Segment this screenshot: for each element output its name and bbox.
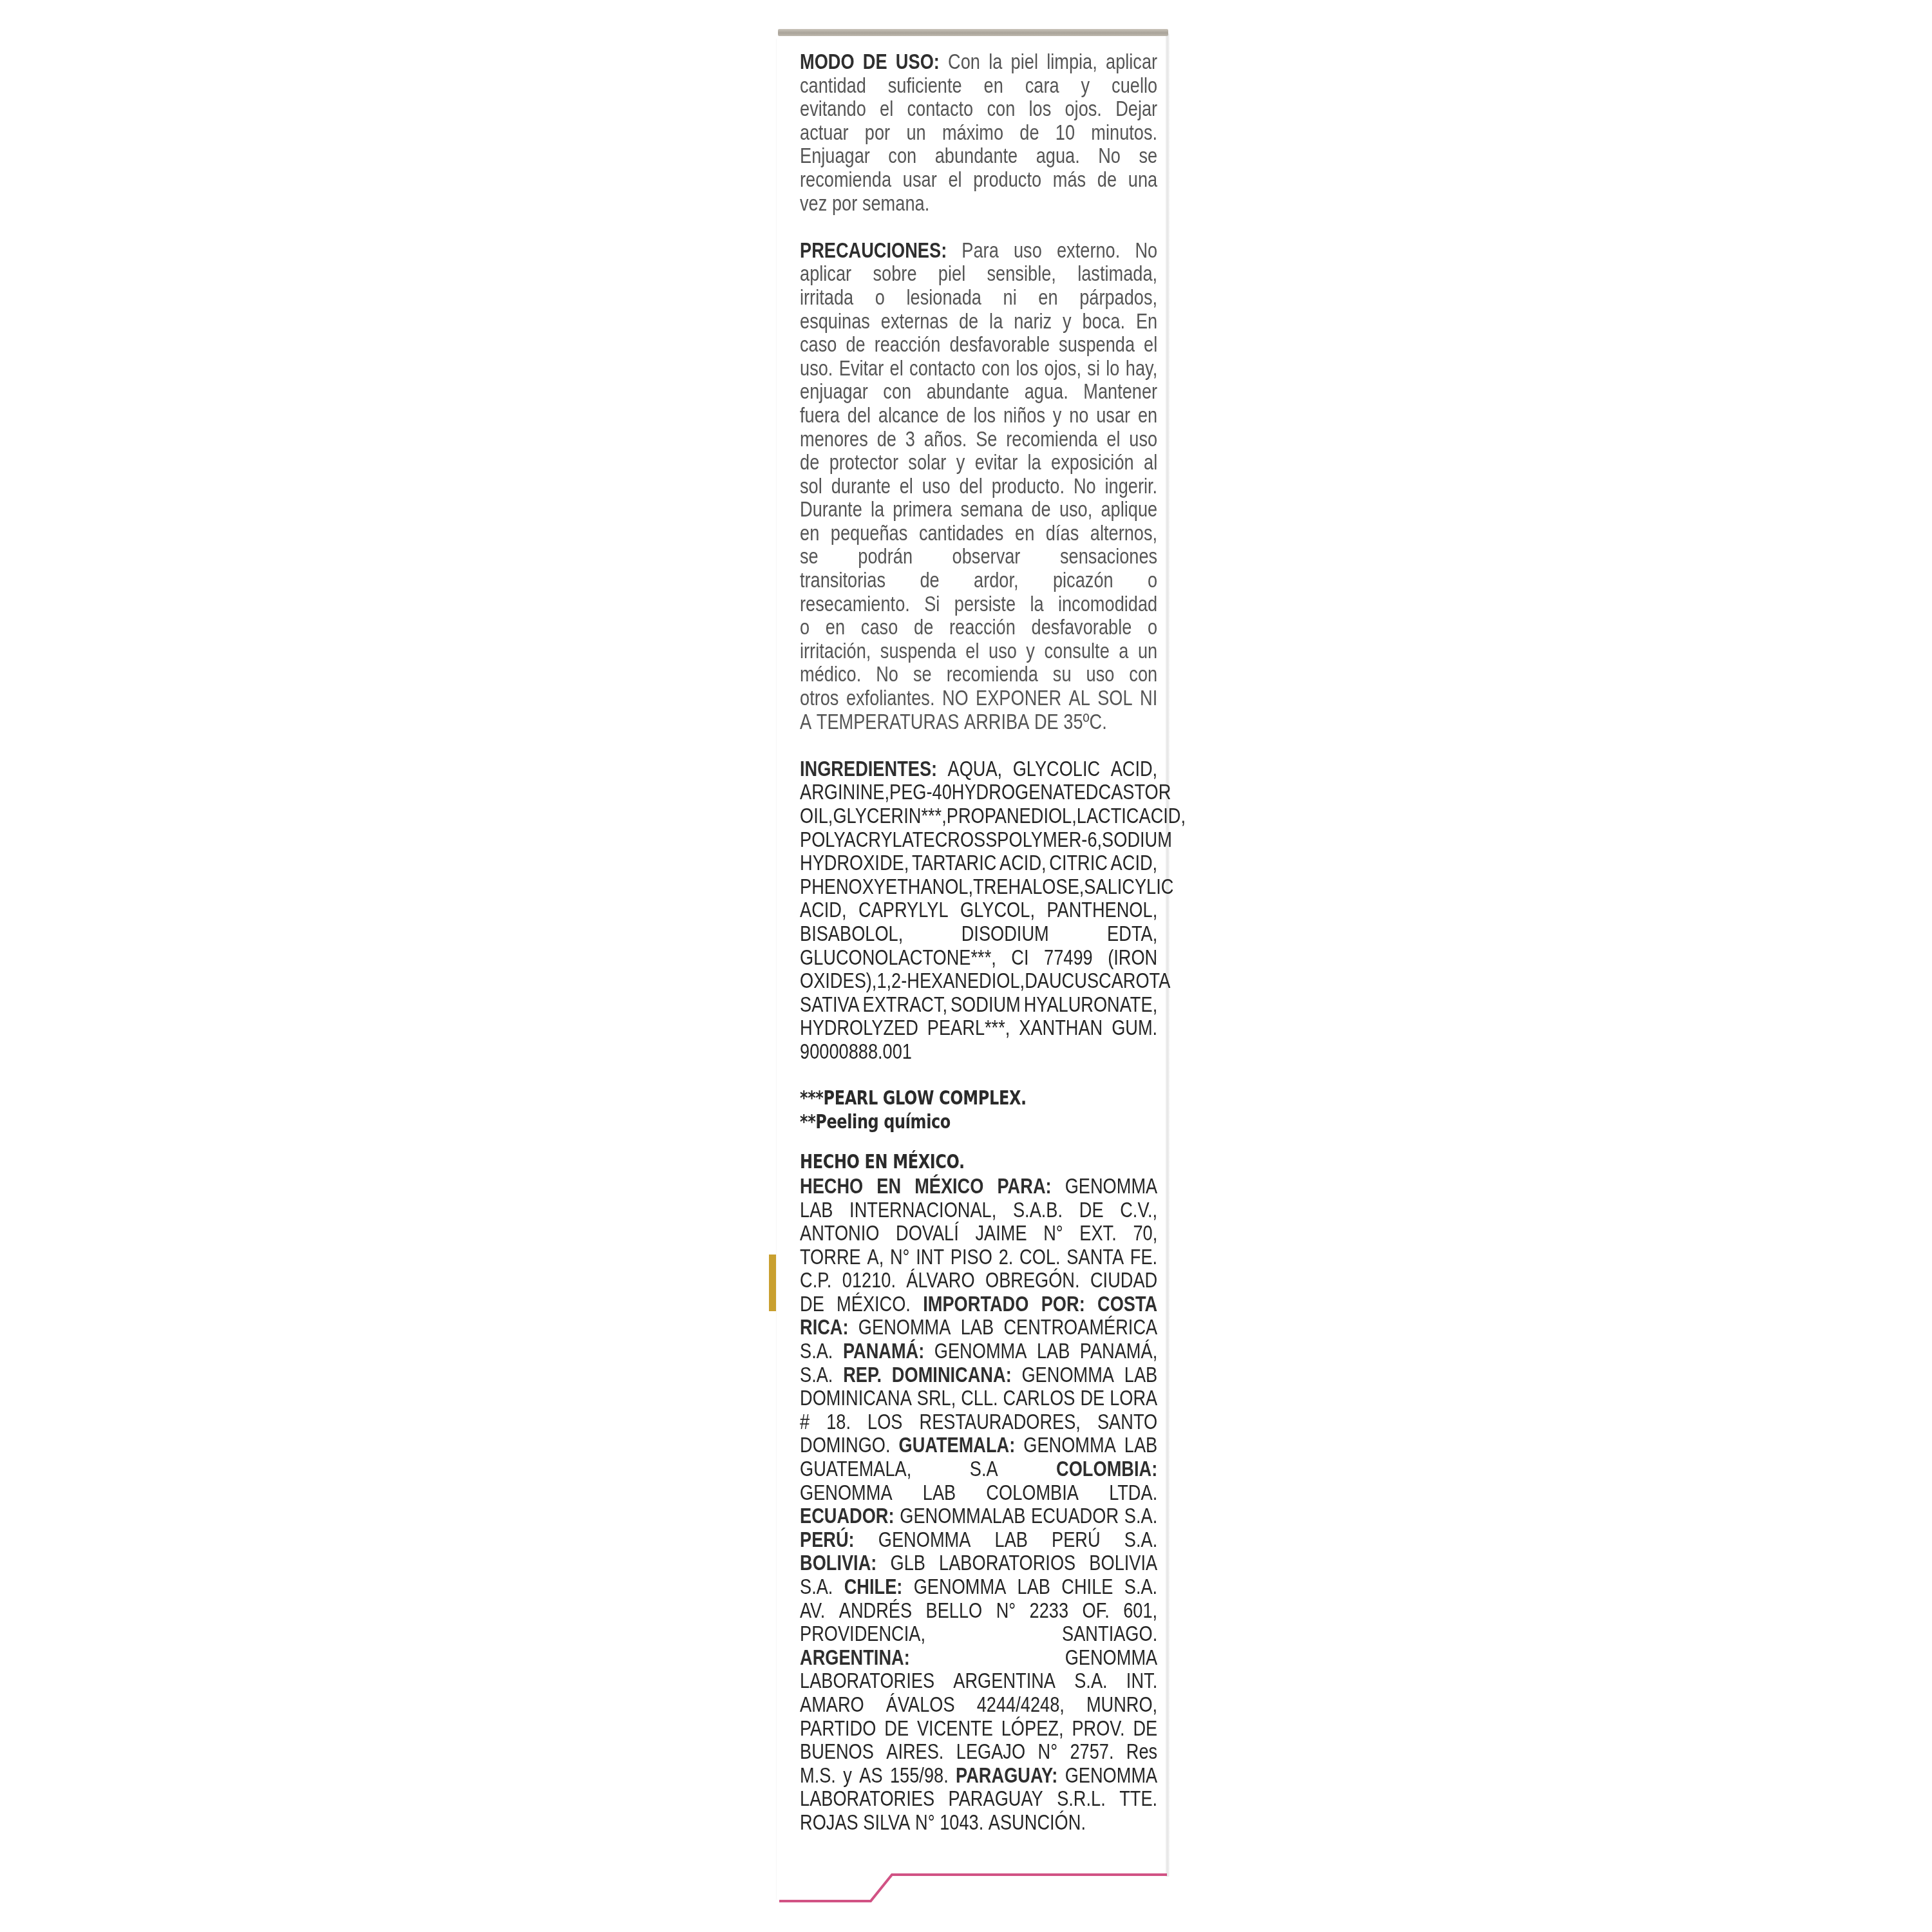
text-line: resecamiento.Sipersistelaincomodidad [800,592,1157,616]
text-line: HYDROLYZEDPEARL***,XANTHANGUM. [800,1016,1157,1040]
text-line: GLUCONOLACTONE***,CI77499(IRON [800,946,1157,970]
text-line: LABORATORIESPARAGUAYS.R.L.TTE. [800,1787,1157,1811]
text-line: ACID,CAPRYLYLGLYCOL,PANTHENOL, [800,898,1157,922]
text-line: BUENOSAIRES.LEGAJON°2757.Res [800,1740,1157,1764]
text-line: PERÚ:GENOMMALABPERÚS.A. [800,1528,1157,1552]
text-line: recomiendausarelproductomásdeuna [800,168,1157,192]
text-line: TORREA,N°INTPISO2.COL.SANTAFE. [800,1245,1157,1269]
text-line: ARGENTINA:GENOMMA [800,1646,1157,1670]
text-line: DOMINGO.GUATEMALA:GENOMMALAB [800,1434,1157,1457]
text-line: médico.Noserecomiendasuusocon [800,663,1157,687]
peeling-footnote: **Peeling químico [800,1111,1157,1135]
text-line: LABORATORIESARGENTINAS.A.INT. [800,1669,1157,1693]
text-line: ATEMPERATURASARRIBADE35ºC. [800,710,1157,734]
text-line: Enjuagarconabundanteagua.Nose [800,144,1157,168]
text-line: HYDROXIDE,TARTARICACID,CITRICACID, [800,851,1157,875]
text-line: GUATEMALA,S.ACOLOMBIA: [800,1457,1157,1481]
text-line: solduranteelusodelproducto.Noingerir. [800,475,1157,498]
text-line: S.A.REP.DOMINICANA:GENOMMALAB [800,1363,1157,1387]
ingredientes-section: INGREDIENTES:AQUA,GLYCOLICACID,ARGININE,… [800,757,1157,1064]
text-line: POLYACRYLATECROSSPOLYMER-6,SODIUM [800,828,1157,852]
text-line: AMAROÁVALOS4244/4248,MUNRO, [800,1693,1157,1717]
text-line: S.A.CHILE:GENOMMALABCHILES.A. [800,1575,1157,1599]
text-line: PARTIDODEVICENTELÓPEZ,PROV.DE [800,1717,1157,1741]
text-line: OXIDES),1,2-HEXANEDIOL,DAUCUSCAROTA [800,969,1157,993]
text-line: GENOMMALABCOLOMBIALTDA. [800,1481,1157,1505]
text-line: LABINTERNACIONAL,S.A.B.DEC.V., [800,1198,1157,1222]
text-line: BISABOLOL,DISODIUMEDTA, [800,922,1157,946]
text-line: uso.Evitarelcontactoconlosojos,silohay, [800,357,1157,381]
text-line: cantidadsuficienteencaraycuello [800,74,1157,98]
text-line: AV.ANDRÉSBELLON°2233OF.601, [800,1599,1157,1623]
panel-right-edge [1166,33,1170,1877]
text-line: enjuagarconabundanteagua.Mantener [800,380,1157,404]
pearl-glow-footnote: ***PEARL GLOW COMPLEX. [800,1087,1157,1111]
text-line: irritación,suspendaelusoyconsulteaun [800,639,1157,663]
made-in-mexico-heading: HECHO EN MÉXICO. [800,1151,1157,1175]
text-line: BOLIVIA:GLBLABORATORIOSBOLIVIA [800,1551,1157,1575]
text-line: C.P.01210.ÁLVAROOBREGÓN.CIUDAD [800,1269,1157,1293]
text-line: ANTONIODOVALÍJAIMEN°EXT.70, [800,1222,1157,1245]
text-line: INGREDIENTES:AQUA,GLYCOLICACID, [800,757,1157,781]
text-line: SATIVAEXTRACT,SODIUMHYALURONATE, [800,993,1157,1017]
text-line: DEMÉXICO.IMPORTADOPOR:COSTA [800,1293,1157,1316]
text-line: OIL,GLYCERIN***,PROPANEDIOL,LACTICACID, [800,804,1157,828]
text-line: M.S.yAS155/98.PARAGUAY:GENOMMA [800,1764,1157,1788]
text-line: S.A.PANAMÁ:GENOMMALABPANAMÁ, [800,1340,1157,1363]
text-line: ROJASSILVAN°1043.ASUNCIÓN. [800,1811,1157,1835]
text-line: HECHOENMÉXICOPARA:GENOMMA [800,1175,1157,1198]
text-line: DOMINICANASRL,CLL.CARLOSDELORA [800,1387,1157,1410]
text-line: PHENOXYETHANOL,TREHALOSE,SALICYLIC [800,875,1157,899]
fabricante-importadores-section: HECHOENMÉXICOPARA:GENOMMALABINTERNACIONA… [800,1175,1157,1835]
panel-left-edge [776,39,777,1900]
text-line: oencasodereaccióndesfavorableo [800,616,1157,639]
text-line: irritadaolesionadanienpárpados, [800,286,1157,310]
top-divider-bar [778,29,1168,36]
text-line: otrosexfoliantes.NOEXPONERALSOLNI [800,687,1157,710]
text-line: menoresde3años.Serecomiendaeluso [800,428,1157,451]
text-line: evitandoelcontactoconlosojos.Dejar [800,97,1157,121]
label-text-body: MODODEUSO:Conlapiellimpia,aplicarcantida… [800,50,1157,1835]
text-line: MODODEUSO:Conlapiellimpia,aplicar [800,50,1157,74]
gold-accent-bar [769,1255,776,1311]
precauciones-section: PRECAUCIONES:Parausoexterno.Noaplicarsob… [800,239,1157,734]
text-line: fueradelalcancedelosniñosynousaren [800,404,1157,428]
label-text-column: MODODEUSO:Conlapiellimpia,aplicarcantida… [800,50,1157,1835]
text-line: deprotectorsolaryevitarlaexposiciónal [800,451,1157,475]
text-line: sepodránobservarsensaciones [800,545,1157,569]
text-line: PRECAUCIONES:Parausoexterno.No [800,239,1157,263]
text-line: transitoriasdeardor,picazóno [800,569,1157,592]
text-line: 90000888.001 [800,1040,1157,1064]
modo-de-uso-section: MODODEUSO:Conlapiellimpia,aplicarcantida… [800,50,1157,215]
text-line: vezporsemana. [800,192,1157,216]
text-line: #18.LOSRESTAURADORES,SANTO [800,1410,1157,1434]
text-line: enpequeñascantidadesendíasalternos, [800,522,1157,545]
text-line: aplicarsobrepielsensible,lastimada, [800,262,1157,286]
text-line: actuarporunmáximode10minutos. [800,121,1157,145]
text-line: Durantelaprimerasemanadeuso,aplique [800,498,1157,522]
text-line: esquinasexternasdelanarizyboca.En [800,310,1157,334]
text-line: PROVIDENCIA,SANTIAGO. [800,1622,1157,1646]
text-line: casodereaccióndesfavorablesuspendael [800,333,1157,357]
text-line: RICA:GENOMMALABCENTROAMÉRICA [800,1316,1157,1340]
text-line: ECUADOR:GENOMMALABECUADORS.A. [800,1504,1157,1528]
text-line: ARGININE,PEG-40HYDROGENATEDCASTOR [800,781,1157,804]
